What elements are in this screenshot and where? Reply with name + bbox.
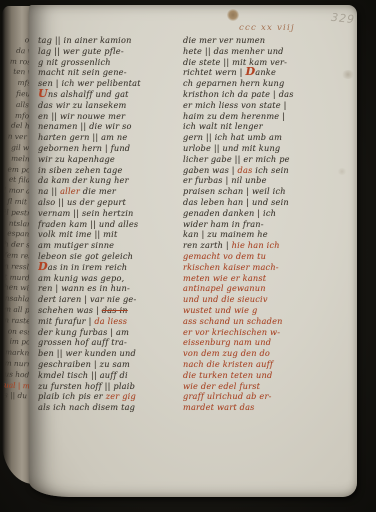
ink-text: gern || ich hat umb am xyxy=(183,132,282,142)
manuscript-line: hete || das menher und xyxy=(183,46,351,57)
ink-text: da kam der kung her xyxy=(38,175,129,185)
ink-text: en || wir nouwe mer xyxy=(38,111,125,121)
ink-text: ren | wann es in hun- xyxy=(38,283,130,293)
manuscript-line: lebeon sie got geleich xyxy=(38,251,180,262)
ink-text: ich walt nit lenger xyxy=(183,121,263,131)
ink-text: die mer ver numen xyxy=(183,35,265,45)
ink-text: die mer xyxy=(80,186,116,196)
manuscript-line: plaib ich pis er zer gig xyxy=(38,391,180,402)
manuscript-line: harten gern || am ne xyxy=(38,132,180,143)
manuscript-line: am mutiger sinne xyxy=(38,240,180,251)
manuscript-line: kmdel tisch || auff di xyxy=(38,370,180,381)
ink-text: wider ham in fran- xyxy=(183,219,264,229)
manuscript-line: dert iaren | var nie ge- xyxy=(38,294,180,305)
red-ink-text: die turken teten und xyxy=(183,370,272,380)
ink-text: ich sein xyxy=(252,165,288,175)
red-ink-text: antinapel gewanun xyxy=(183,283,266,293)
ink-text: am mutiger sinne xyxy=(38,240,114,250)
red-ink-text: und und die sieuciv xyxy=(183,294,268,304)
ink-text: der kung furbas | am xyxy=(38,327,129,337)
manuscript-line: vernam || sein hertzin xyxy=(38,208,180,219)
manuscript-line: das wir zu lansekem xyxy=(38,100,180,111)
manuscript-line: Uns alshalff und gat xyxy=(38,89,180,100)
ink-text: grossen hof auff tra- xyxy=(38,337,127,347)
ink-text: schehen was | xyxy=(38,305,102,315)
red-ink-text: von dem zug den do xyxy=(183,348,270,358)
text-column-right: die mer ver numenhete || das menher undd… xyxy=(183,35,351,413)
manuscript-line: ren | wann es in hun- xyxy=(38,283,180,294)
ink-text: zu fursten hoff || plaib xyxy=(38,381,135,391)
ink-text: licher gabe || er mich pe xyxy=(183,154,290,164)
red-ink-text: aller xyxy=(60,186,80,196)
manuscript-line: in siben zehen tage xyxy=(38,165,180,176)
manuscript-line: praisen schan | weil ich xyxy=(183,186,351,197)
manuscript-line: licher gabe || er mich pe xyxy=(183,154,351,165)
manuscript-line: er furbas | nil unbe xyxy=(183,175,351,186)
manuscript-line: tag || in ainer kamion xyxy=(38,35,180,46)
manuscript-line: volk mit ime || mit xyxy=(38,229,180,240)
ink-text: geschraiben | zu sam xyxy=(38,359,130,369)
manuscript-line: die turken teten und xyxy=(183,370,351,381)
manuscript-line: das leben han | und sein xyxy=(183,197,351,208)
red-ink-text: gemacht vo dem tu xyxy=(183,251,266,261)
ink-text: am kunig was gepo, xyxy=(38,273,124,283)
manuscript-line: ch geparnen hern kung xyxy=(183,78,351,89)
red-ink-text: nach die kristen auff xyxy=(183,359,273,369)
manuscript-line: wie der edel furst xyxy=(183,381,351,392)
manuscript-line: ben || wer kunden und xyxy=(38,348,180,359)
manuscript-line: g nit grossenlich xyxy=(38,57,180,68)
ink-text: kmdel tisch || auff di xyxy=(38,370,128,380)
red-ink-text: das xyxy=(238,165,253,175)
red-ink-text: da liess xyxy=(94,316,127,326)
manuscript-line: gebornen hern | fund xyxy=(38,143,180,154)
manuscript-line: am kunig was gepo, xyxy=(38,273,180,284)
manuscript-line: antinapel gewanun xyxy=(183,283,351,294)
ink-text: plaib ich pis er xyxy=(38,391,106,401)
red-ink-text: er vor kriechischen w- xyxy=(183,327,280,337)
ink-text: kan | zu mainem he xyxy=(183,229,268,239)
manuscript-line: gemacht vo dem tu xyxy=(183,251,351,262)
red-ink-text: wustet und wie g xyxy=(183,305,257,315)
ink-text: das leben han | und sein xyxy=(183,197,289,207)
ink-text: ns alshalff und gat xyxy=(48,89,129,99)
red-ink-text: ass schand un schaden xyxy=(183,316,283,326)
manuscript-line: ich walt nit lenger xyxy=(183,121,351,132)
manuscript-line: nach die kristen auff xyxy=(183,359,351,370)
ink-text: na || xyxy=(38,186,60,196)
ink-text: genaden danken | ich xyxy=(183,208,276,218)
ink-text: haim zu dem herenme | xyxy=(183,111,285,121)
ink-text: urlobe || und mit kung xyxy=(183,143,280,153)
folio-header: ccc xx viij xyxy=(239,23,295,33)
manuscript-line: Das in in irem reich xyxy=(38,262,180,273)
manuscript-line: wider ham in fran- xyxy=(183,219,351,230)
ink-text: in siben zehen tage xyxy=(38,165,123,175)
manuscript-line: graff ulrichud ab er- xyxy=(183,391,351,402)
manuscript-line: na || aller die mer xyxy=(38,186,180,197)
pencil-page-number: 329 xyxy=(330,12,355,26)
manuscript-line: rkischen kaiser mach- xyxy=(183,262,351,273)
ink-text: sen | ich wer pelibentat xyxy=(38,78,141,88)
red-ink-text: graff ulrichud ab er- xyxy=(183,391,272,401)
ink-text: ren zarth | xyxy=(183,240,232,250)
ink-text: ch geparnen hern kung xyxy=(183,78,284,88)
manuscript-line: der kung furbas | am xyxy=(38,327,180,338)
ink-text: tag || in ainer kamion xyxy=(38,35,132,45)
manuscript-line: gern || ich hat umb am xyxy=(183,132,351,143)
red-ink-text: eissenburg nam und xyxy=(183,337,271,347)
ink-text: hete || das menher und xyxy=(183,46,284,56)
ink-text: richtet wern | xyxy=(183,67,245,77)
manuscript-line: schehen was | das in xyxy=(38,305,180,316)
ink-text: anke xyxy=(255,67,276,77)
manuscript-photo: onda wm rostten wmfstfieusalls fmfoudel … xyxy=(0,0,376,512)
manuscript-line: urlobe || und mit kung xyxy=(183,143,351,154)
manuscript-line: ass schand un schaden xyxy=(183,316,351,327)
manuscript-line: da kam der kung her xyxy=(38,175,180,186)
ink-text: lag || wer gute pfle- xyxy=(38,46,124,56)
manuscript-line: von dem zug den do xyxy=(183,348,351,359)
manuscript-line: richtet wern | Danke xyxy=(183,67,351,78)
manuscript-line: also || us der gepurt xyxy=(38,197,180,208)
text-column-left: tag || in ainer kamionlag || wer gute pf… xyxy=(38,35,180,413)
red-ink-text: zer gig xyxy=(106,391,136,401)
red-ink-text: D xyxy=(245,67,255,78)
manuscript-line: macht nit sein gene- xyxy=(38,67,180,78)
red-ink-text: hie han ich xyxy=(232,240,280,250)
ink-text: gaben was | xyxy=(183,165,238,175)
ink-text: kristhon ich da pate | das xyxy=(183,89,294,99)
ink-text: dert iaren | var nie ge- xyxy=(38,294,136,304)
ink-text: ben || wer kunden und xyxy=(38,348,136,358)
red-ink-text: D xyxy=(38,262,48,273)
ink-text: vernam || sein hertzin xyxy=(38,208,134,218)
manuscript-line: gaben was | das ich sein xyxy=(183,165,351,176)
manuscript-line: grossen hof auff tra- xyxy=(38,337,180,348)
ink-text: die stete || mit kam ver- xyxy=(183,57,287,67)
manuscript-line: mardet wart das xyxy=(183,402,351,413)
ink-text: praisen schan | weil ich xyxy=(183,186,286,196)
manuscript-line: lag || wer gute pfle- xyxy=(38,46,180,57)
manuscript-line: genaden danken | ich xyxy=(183,208,351,219)
manuscript-line: mit furafur | da liess xyxy=(38,316,180,327)
red-ink-text: U xyxy=(38,89,48,100)
red-ink-text: das in xyxy=(102,305,128,315)
manuscript-line: sen | ich wer pelibentat xyxy=(38,78,180,89)
manuscript-line: wir zu kapenhage xyxy=(38,154,180,165)
manuscript-line: er mich liess von state | xyxy=(183,100,351,111)
red-ink-text: meten wie er kanst xyxy=(183,273,266,283)
ink-text: mit furafur | xyxy=(38,316,94,326)
ink-text: as in in irem reich xyxy=(48,262,127,272)
red-ink-text: wie der edel furst xyxy=(183,381,260,391)
ink-text: das wir zu lansekem xyxy=(38,100,126,110)
manuscript-line: er vor kriechischen w- xyxy=(183,327,351,338)
manuscript-line: die stete || mit kam ver- xyxy=(183,57,351,68)
ink-text: als ich nach disem tag xyxy=(38,402,135,412)
stain-spot xyxy=(227,9,239,21)
manuscript-line: eissenburg nam und xyxy=(183,337,351,348)
ink-text: volk mit ime || mit xyxy=(38,229,117,239)
manuscript-line: kristhon ich da pate | das xyxy=(183,89,351,100)
red-ink-text: mardet wart das xyxy=(183,402,255,412)
ink-text: wir zu kapenhage xyxy=(38,154,115,164)
manuscript-line: haim zu dem herenme | xyxy=(183,111,351,122)
ink-text: harten gern || am ne xyxy=(38,132,127,142)
ink-text: macht nit sein gene- xyxy=(38,67,127,77)
red-ink-text: rkischen kaiser mach- xyxy=(183,262,279,272)
ink-text: nenamen || die wir so xyxy=(38,121,132,131)
manuscript-line: en || wir nouwe mer xyxy=(38,111,180,122)
manuscript-line: wustet und wie g xyxy=(183,305,351,316)
ink-text: er mich liess von state | xyxy=(183,100,287,110)
manuscript-line: zu fursten hoff || plaib xyxy=(38,381,180,392)
manuscript-line: als ich nach disem tag xyxy=(38,402,180,413)
ink-text: gebornen hern | fund xyxy=(38,143,130,153)
manuscript-line: die mer ver numen xyxy=(183,35,351,46)
manuscript-line: meten wie er kanst xyxy=(183,273,351,284)
manuscript-line: geschraiben | zu sam xyxy=(38,359,180,370)
manuscript-line: fraden kam || und alles xyxy=(38,219,180,230)
ink-text: er furbas | nil unbe xyxy=(183,175,267,185)
ink-text: g nit grossenlich xyxy=(38,57,111,67)
ink-text: also || us der gepurt xyxy=(38,197,126,207)
manuscript-line: nenamen || die wir so xyxy=(38,121,180,132)
manuscript-line: kan | zu mainem he xyxy=(183,229,351,240)
manuscript-line: ren zarth | hie han ich xyxy=(183,240,351,251)
ink-text: fraden kam || und alles xyxy=(38,219,138,229)
manuscript-line: und und die sieuciv xyxy=(183,294,351,305)
ink-text: lebeon sie got geleich xyxy=(38,251,133,261)
